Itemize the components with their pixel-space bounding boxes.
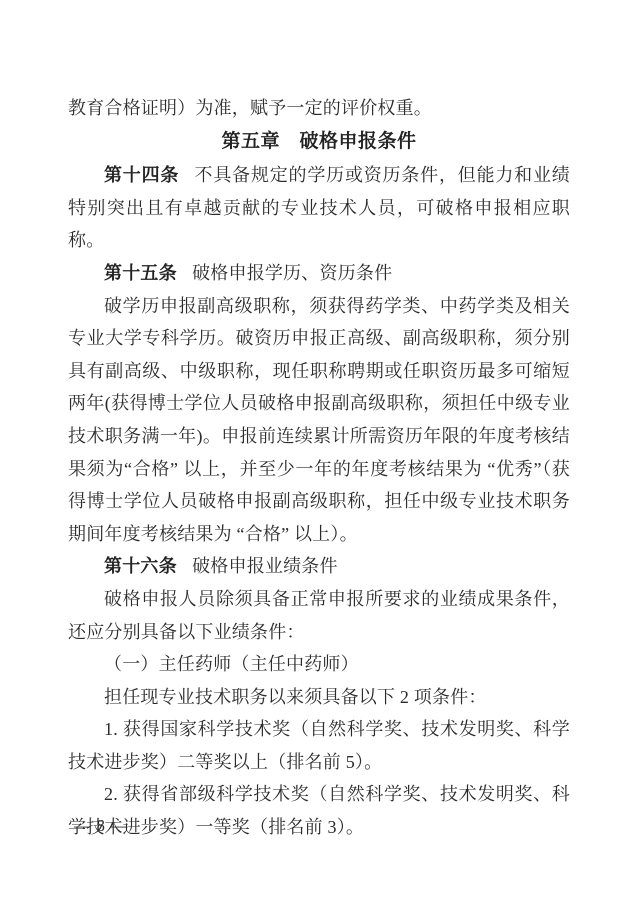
paragraph-article-15-body: 破学历申报副高级职称，须获得药学类、中药学类及相关专业大学专科学历。破资历申报正… bbox=[68, 290, 570, 551]
article-15-label: 第十五条 bbox=[104, 263, 177, 283]
chapter-heading: 第五章 破格申报条件 bbox=[68, 126, 570, 159]
paragraph-article-16: 第十六条破格申报业绩条件 bbox=[68, 550, 570, 583]
page-number: — 8 — bbox=[74, 816, 129, 836]
paragraph-text: 破学历申报副高级职称，须获得药学类、中药学类及相关专业大学专科学历。破资历申报正… bbox=[68, 296, 570, 544]
paragraph-item-requirements: 担任现专业技术职务以来须具备以下 2 项条件： bbox=[68, 681, 570, 714]
paragraph-text: 1. 获得国家科学技术奖（自然科学奖、技术发明奖、科学技术进步奖）二等奖以上（排… bbox=[68, 719, 570, 772]
paragraph-text: 破格申报学历、资历条件 bbox=[192, 263, 392, 283]
document-body: 教育合格证明）为准，赋予一定的评价权重。 第五章 破格申报条件 第十四条不具备规… bbox=[68, 92, 570, 844]
paragraph-article-14: 第十四条不具备规定的学历或资历条件，但能力和业绩特别突出且有卓越贡献的专业技术人… bbox=[68, 159, 570, 257]
paragraph-text: 破格申报人员除须具备正常申报所要求的业绩成果条件，还应分别具备以下业绩条件： bbox=[68, 589, 570, 642]
paragraph-article-16-intro: 破格申报人员除须具备正常申报所要求的业绩成果条件，还应分别具备以下业绩条件： bbox=[68, 583, 570, 648]
paragraph-text: 破格申报业绩条件 bbox=[192, 556, 338, 576]
paragraph-text: 教育合格证明）为准，赋予一定的评价权重。 bbox=[68, 98, 432, 118]
article-16-label: 第十六条 bbox=[104, 556, 177, 576]
document-page: 教育合格证明）为准，赋予一定的评价权重。 第五章 破格申报条件 第十四条不具备规… bbox=[0, 0, 640, 905]
article-14-label: 第十四条 bbox=[104, 165, 179, 185]
paragraph-continuation: 教育合格证明）为准，赋予一定的评价权重。 bbox=[68, 92, 570, 125]
paragraph-condition-1: 1. 获得国家科学技术奖（自然科学奖、技术发明奖、科学技术进步奖）二等奖以上（排… bbox=[68, 713, 570, 778]
paragraph-text: （一）主任药师（主任中药师） bbox=[104, 654, 359, 674]
paragraph-article-15: 第十五条破格申报学历、资历条件 bbox=[68, 257, 570, 290]
paragraph-text: 2. 获得省部级科学技术奖（自然科学奖、技术发明奖、科学技术进步奖）一等奖（排名… bbox=[68, 784, 570, 837]
paragraph-condition-2: 2. 获得省部级科学技术奖（自然科学奖、技术发明奖、科学技术进步奖）一等奖（排名… bbox=[68, 778, 570, 843]
paragraph-item-one: （一）主任药师（主任中药师） bbox=[68, 648, 570, 681]
paragraph-text: 担任现专业技术职务以来须具备以下 2 项条件： bbox=[104, 687, 487, 707]
